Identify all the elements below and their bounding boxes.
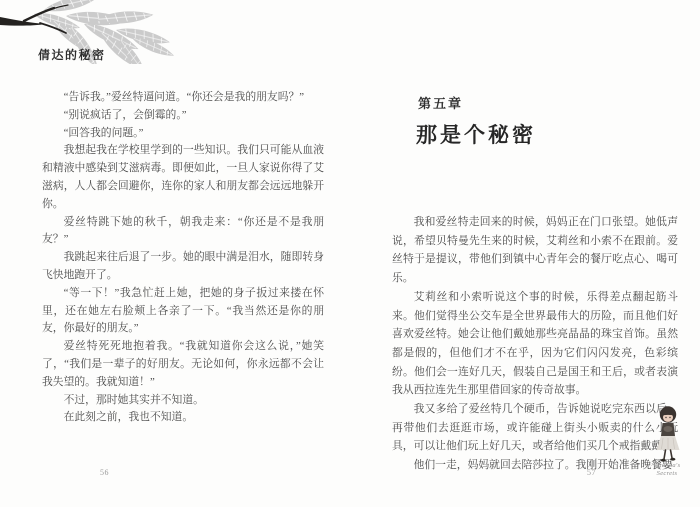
paragraph: 我想起我在学校里学到的一些知识。我们只可能从血液和精液中感染到艾滋病毒。即便如此… [42, 142, 324, 213]
paragraph: “回答我的问题。” [42, 125, 324, 143]
left-page-text: “告诉我。”爱丝特逼问道。“你还会是我的朋友吗？”“别说疯话了，会倒霉的。”“回… [42, 89, 324, 427]
book-title-english-line2: Secrets [657, 470, 678, 477]
left-page-number: 56 [100, 468, 109, 477]
paragraph: 我跳起来往后退了一步。她的眼中满是泪水，随即转身飞快地跑开了。 [42, 249, 324, 285]
girl-illustration-icon [651, 405, 685, 463]
paragraph: “别说疯话了，会倒霉的。” [42, 107, 324, 125]
paragraph: 我又多给了爱丝特几个硬币，告诉她说吃完东西以后，再带他们去逛逛市场，或许能碰上街… [392, 400, 678, 456]
paragraph: 爱丝特死死地抱着我。“我就知道你会这么说，”她笑了，“我们是一辈子的好朋友。无论… [42, 338, 324, 391]
paragraph: 艾莉丝和小索听说这个事的时候，乐得差点翻起筋斗来。他们觉得坐公交车是全世界最伟大… [392, 288, 678, 400]
book-title-english-line1: Chanda's [654, 462, 681, 469]
paragraph: “告诉我。”爱丝特逼问道。“你还会是我的朋友吗？” [42, 89, 324, 107]
paragraph: “等一下！”我急忙赶上她，把她的身子扳过来搂在怀里，还在她左右脸颊上各亲了一下。… [42, 285, 324, 338]
right-page-text: 我和爱丝特走回来的时候，妈妈正在门口张望。她低声说，希望贝特曼先生来的时候，艾莉… [392, 213, 678, 475]
paragraph: 在此刻之前，我也不知道。 [42, 409, 324, 427]
running-header: 倩达的秘密 [38, 46, 106, 63]
book-title-english: Chanda's Secrets [636, 462, 698, 478]
book-spread: 倩达的秘密 “告诉我。”爱丝特逼问道。“你还会是我的朋友吗？”“别说疯话了，会倒… [0, 0, 700, 507]
chapter-title: 那是个秘密 [416, 119, 536, 149]
chapter-label: 第五章 [418, 93, 463, 112]
paragraph: 我和爱丝特走回来的时候，妈妈正在门口张望。她低声说，希望贝特曼先生来的时候，艾莉… [392, 213, 678, 288]
paragraph: 不过，那时她其实并不知道。 [42, 392, 324, 410]
right-page-number: 57 [587, 468, 596, 477]
paragraph: 爱丝特跳下她的秋千，朝我走来：“你还是不是我朋友？” [42, 214, 324, 250]
